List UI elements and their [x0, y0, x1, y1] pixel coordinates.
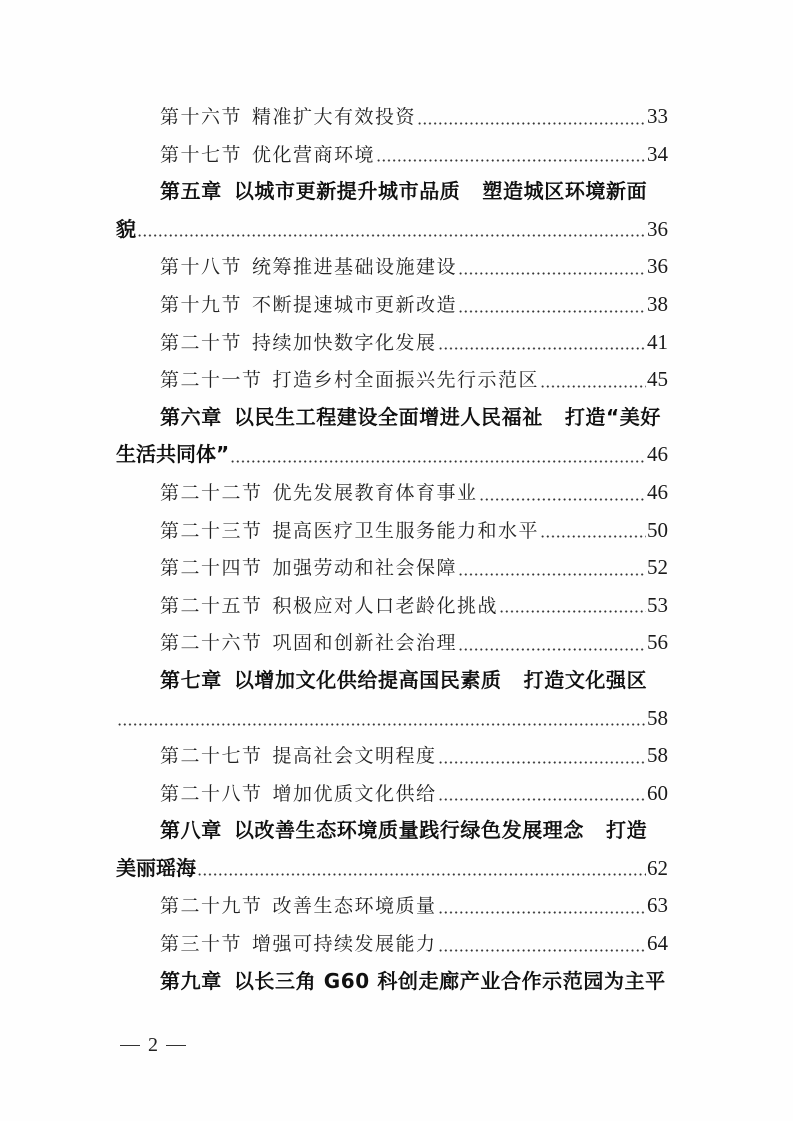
footer-page-number: 2 [148, 1034, 158, 1057]
dot-leader [438, 911, 646, 914]
page-number: 33 [647, 98, 668, 136]
toc-section-entry[interactable]: 第三十节 增强可持续发展能力 64 [116, 925, 668, 963]
dot-leader [458, 310, 646, 313]
section-title: 加强劳动和社会保障 [273, 550, 458, 588]
page-number: 50 [647, 512, 668, 550]
toc-section-entry[interactable]: 第十九节 不断提速城市更新改造 38 [116, 286, 668, 324]
page-number: 56 [647, 624, 668, 662]
chapter-title-part1: 以增加文化供给提高国民素质 [234, 662, 502, 700]
toc-section-entry[interactable]: 第二十二节 优先发展教育体育事业 46 [116, 474, 668, 512]
dot-leader [479, 498, 646, 501]
chapter-title-continuation: 美丽瑶海 [116, 850, 196, 888]
section-number: 第二十四节 [160, 550, 263, 588]
chapter-title-part1: 以长三角 G60 科创走廊产业合作示范园为主平 [234, 963, 666, 1001]
dot-leader [376, 159, 646, 162]
toc-chapter-continuation[interactable]: 58 [116, 700, 668, 738]
section-title: 巩固和创新社会治理 [273, 625, 458, 663]
toc-chapter-continuation[interactable]: 美丽瑶海 62 [116, 850, 668, 888]
page-number: 36 [647, 211, 668, 249]
toc-section-entry[interactable]: 第二十三节 提高医疗卫生服务能力和水平 50 [116, 512, 668, 550]
section-title: 打造乡村全面振兴先行示范区 [273, 362, 540, 400]
section-number: 第十七节 [160, 137, 242, 175]
section-number: 第二十七节 [160, 738, 263, 776]
toc-section-entry[interactable]: 第十八节 统筹推进基础设施建设 36 [116, 248, 668, 286]
section-number: 第二十节 [160, 325, 242, 363]
page-number: 46 [647, 474, 668, 512]
chapter-number: 第五章 [160, 173, 222, 211]
section-title: 持续加快数字化发展 [252, 325, 437, 363]
page-number: 62 [647, 850, 668, 888]
toc-section-entry[interactable]: 第十六节 精准扩大有效投资 33 [116, 98, 668, 136]
section-number: 第二十三节 [160, 513, 263, 551]
dot-leader [137, 234, 646, 237]
table-of-contents: 第十六节 精准扩大有效投资 33 第十七节 优化营商环境 34 第五章 以城市更… [116, 98, 668, 1000]
toc-section-entry[interactable]: 第二十八节 增加优质文化供给 60 [116, 775, 668, 813]
chapter-title-part2: 打造 [606, 812, 647, 850]
section-number: 第十八节 [160, 249, 242, 287]
section-title: 提高社会文明程度 [273, 738, 437, 776]
section-title: 积极应对人口老龄化挑战 [273, 588, 499, 626]
dot-leader [540, 535, 646, 538]
page-number: 46 [647, 436, 668, 474]
page-number: 53 [647, 587, 668, 625]
chapter-title-part2: 打造“美好 [565, 399, 661, 437]
page-footer: 2 [120, 1034, 186, 1057]
page-number: 58 [647, 737, 668, 775]
section-number: 第二十六节 [160, 625, 263, 663]
page-number: 38 [647, 286, 668, 324]
chapter-number: 第九章 [160, 963, 222, 1001]
page-number: 60 [647, 775, 668, 813]
section-number: 第二十八节 [160, 776, 263, 814]
dot-leader [499, 610, 646, 613]
page-number: 64 [647, 925, 668, 963]
chapter-title-part2: 塑造城区环境新面 [482, 173, 647, 211]
chapter-number: 第七章 [160, 662, 222, 700]
toc-section-entry[interactable]: 第二十七节 提高社会文明程度 58 [116, 737, 668, 775]
toc-section-entry[interactable]: 第二十一节 打造乡村全面振兴先行示范区 45 [116, 361, 668, 399]
chapter-title-part1: 以改善生态环境质量践行绿色发展理念 [234, 812, 584, 850]
dot-leader [197, 873, 646, 876]
section-title: 不断提速城市更新改造 [252, 287, 457, 325]
page-number: 45 [647, 361, 668, 399]
chapter-number: 第八章 [160, 812, 222, 850]
section-title: 增强可持续发展能力 [252, 926, 437, 964]
section-title: 提高医疗卫生服务能力和水平 [273, 513, 540, 551]
toc-chapter-entry[interactable]: 第七章 以增加文化供给提高国民素质 打造文化强区 [116, 662, 668, 700]
toc-chapter-entry[interactable]: 第五章 以城市更新提升城市品质 塑造城区环境新面 [116, 173, 668, 211]
section-title: 增加优质文化供给 [273, 776, 437, 814]
chapter-title-part2: 打造文化强区 [524, 662, 648, 700]
dot-leader [438, 761, 646, 764]
page-number: 34 [647, 136, 668, 174]
document-page: 第十六节 精准扩大有效投资 33 第十七节 优化营商环境 34 第五章 以城市更… [0, 0, 793, 1121]
toc-section-entry[interactable]: 第二十五节 积极应对人口老龄化挑战 53 [116, 587, 668, 625]
dot-leader [540, 385, 646, 388]
toc-chapter-continuation[interactable]: 貌 36 [116, 211, 668, 249]
em-dash-left [120, 1045, 140, 1046]
section-title: 优先发展教育体育事业 [273, 475, 478, 513]
toc-chapter-continuation[interactable]: 生活共同体” 46 [116, 436, 668, 474]
chapter-title-continuation: 貌 [116, 211, 136, 249]
toc-chapter-entry[interactable]: 第八章 以改善生态环境质量践行绿色发展理念 打造 [116, 812, 668, 850]
toc-section-entry[interactable]: 第二十九节 改善生态环境质量 63 [116, 887, 668, 925]
page-number: 41 [647, 324, 668, 362]
section-number: 第十六节 [160, 99, 242, 137]
section-number: 第二十二节 [160, 475, 263, 513]
dot-leader [438, 347, 646, 350]
dot-leader [458, 573, 646, 576]
page-number: 36 [647, 248, 668, 286]
toc-chapter-entry[interactable]: 第六章 以民生工程建设全面增进人民福祉 打造“美好 [116, 399, 668, 437]
toc-section-entry[interactable]: 第二十六节 巩固和创新社会治理 56 [116, 624, 668, 662]
section-number: 第二十九节 [160, 888, 263, 926]
dot-leader [458, 648, 646, 651]
dot-leader [117, 723, 646, 726]
chapter-number: 第六章 [160, 399, 222, 437]
section-title: 优化营商环境 [252, 137, 375, 175]
toc-chapter-entry[interactable]: 第九章 以长三角 G60 科创走廊产业合作示范园为主平 [116, 963, 668, 1001]
section-number: 第二十五节 [160, 588, 263, 626]
page-number: 52 [647, 549, 668, 587]
dot-leader [417, 122, 646, 125]
dot-leader [458, 272, 646, 275]
toc-section-entry[interactable]: 第二十节 持续加快数字化发展 41 [116, 324, 668, 362]
toc-section-entry[interactable]: 第二十四节 加强劳动和社会保障 52 [116, 549, 668, 587]
chapter-title-part1: 以城市更新提升城市品质 [234, 173, 461, 211]
toc-section-entry[interactable]: 第十七节 优化营商环境 34 [116, 136, 668, 174]
chapter-title-part1: 以民生工程建设全面增进人民福祉 [234, 399, 543, 437]
page-number: 58 [647, 700, 668, 738]
dot-leader [438, 949, 646, 952]
page-number: 63 [647, 887, 668, 925]
chapter-title-continuation: 生活共同体” [116, 436, 229, 474]
section-number: 第三十节 [160, 926, 242, 964]
section-number: 第二十一节 [160, 362, 263, 400]
section-title: 精准扩大有效投资 [252, 99, 416, 137]
section-number: 第十九节 [160, 287, 242, 325]
em-dash-right [166, 1045, 186, 1046]
dot-leader [230, 460, 646, 463]
section-title: 统筹推进基础设施建设 [252, 249, 457, 287]
dot-leader [438, 798, 646, 801]
section-title: 改善生态环境质量 [273, 888, 437, 926]
